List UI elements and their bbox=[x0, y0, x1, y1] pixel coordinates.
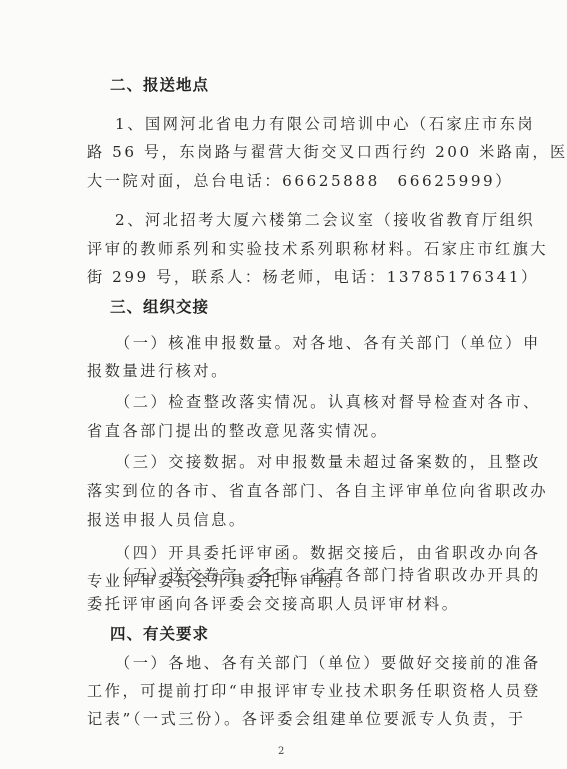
paragraph-line: （一）核准申报数量。对各地、各有关部门（单位）申 bbox=[115, 333, 487, 353]
paragraph-line: （三）交接数据。对申报数量未超过备案数的，且整改 bbox=[115, 452, 487, 472]
paragraph-line: 记表”（一式三份）。各评委会组建单位要派专人负责，于 bbox=[87, 709, 487, 729]
paragraph-line: 工作，可提前打印“申报评审专业技术职务任职资格人员登 bbox=[87, 681, 487, 701]
paragraph-line: 1、国网河北省电力有限公司培训中心（石家庄市东岗 bbox=[115, 114, 487, 134]
paragraph-line: （四）开具委托评审函。数据交接后，由省职改办向各 bbox=[115, 543, 487, 563]
paragraph-line: 省直各部门提出的整改意见落实情况。 bbox=[87, 421, 487, 441]
paragraph-line: 大一院对面，总台电话：66625888 66625999） bbox=[87, 171, 487, 191]
paragraph-line: 报数量进行核对。 bbox=[87, 361, 487, 381]
paragraph-line: （五）送交卷宗。各市、省直各部门持省职改办开具的 bbox=[115, 565, 487, 585]
document-page: 二、报送地点 1、国网河北省电力有限公司培训中心（石家庄市东岗 路 56 号，东… bbox=[0, 0, 567, 769]
paragraph-line: 街 299 号，联系人：杨老师，电话：13785176341） bbox=[87, 267, 487, 287]
paragraph-line: 落实到位的各市、省直各部门、各自主评审单位向省职改办 bbox=[87, 481, 487, 501]
section-heading-handover: 三、组织交接 bbox=[110, 297, 209, 317]
paragraph-line: 报送申报人员信息。 bbox=[87, 510, 487, 530]
paragraph-line: （一）各地、各有关部门（单位）要做好交接前的准备 bbox=[115, 653, 487, 673]
paragraph-line: 委托评审函向各评委会交接高职人员评审材料。 bbox=[87, 594, 487, 614]
page-number: 2 bbox=[278, 746, 284, 757]
section-heading-delivery-location: 二、报送地点 bbox=[110, 75, 209, 95]
paragraph-line: 评审的教师系列和实验技术系列职称材料。石家庄市红旗大 bbox=[87, 239, 487, 259]
section-heading-requirements: 四、有关要求 bbox=[110, 624, 209, 644]
paragraph-line: （二）检查整改落实情况。认真核对督导检查对各市、 bbox=[115, 392, 487, 412]
paragraph-line: 路 56 号，东岗路与翟营大街交叉口西行约 200 米路南，医 bbox=[87, 142, 487, 162]
paragraph-line: 2、河北招考大厦六楼第二会议室（接收省教育厅组织 bbox=[115, 210, 487, 230]
